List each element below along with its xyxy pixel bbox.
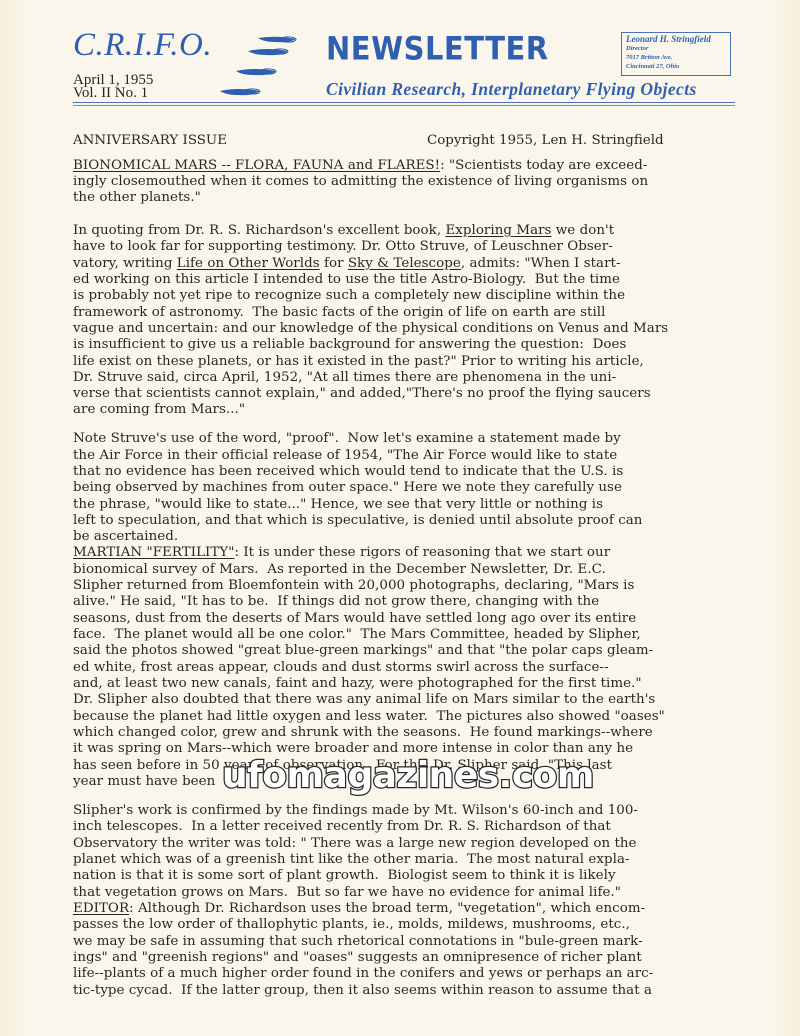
- text-line: we may be safe in assuming that such rhe…: [73, 934, 643, 949]
- text-line: ed working on this article I intended to…: [73, 272, 620, 287]
- text-line: nation is that it is some sort of plant …: [73, 868, 616, 883]
- article-title-life-on-other-worlds: Life on Other Worlds: [177, 256, 320, 271]
- text-line: ings" and "greenish regions" and "oases"…: [73, 950, 642, 965]
- site-watermark: ufomagazines.com: [222, 758, 594, 794]
- text-line: inch telescopes. In a letter received re…: [73, 819, 611, 834]
- text-line: year must have been: [73, 774, 215, 789]
- text-line: bionomical survey of Mars. As reported i…: [73, 562, 606, 577]
- newsletter-title: NEWSLETTER: [326, 30, 549, 67]
- section-heading-martian-fertility: MARTIAN "FERTILITY": [73, 545, 234, 560]
- magazine-title-sky-telescope: Sky & Telescope: [348, 256, 461, 271]
- issue-volume: Vol. II No. 1: [73, 85, 148, 102]
- text-line: seasons, dust from the deserts of Mars w…: [73, 611, 636, 626]
- newsletter-page: C.R.I.F.O. NEWSLETTER Leonard H. Stringf…: [0, 0, 800, 1036]
- director-street: 7017 Britton Ave.: [626, 53, 726, 62]
- text-line: ingly closemouthed when it comes to admi…: [73, 174, 648, 189]
- tagline: Civilian Research, Interplanetary Flying…: [326, 79, 697, 100]
- text-line: life exist on these planets, or has it e…: [73, 354, 644, 369]
- header-rule-secondary: [73, 105, 735, 106]
- text-line: In quoting from Dr. R. S. Richardson's e…: [73, 223, 614, 238]
- text-line: which changed color, grew and shrunk wit…: [73, 725, 653, 740]
- text-line: be ascertained.: [73, 529, 178, 544]
- text-line: said the photos showed "great blue-green…: [73, 643, 653, 658]
- text-line: tic-type cycad. If the latter group, the…: [73, 983, 652, 998]
- text-line: passes the low order of thallophytic pla…: [73, 917, 630, 932]
- text-line: is probably not yet ripe to recognize su…: [73, 288, 625, 303]
- text-line: Slipher returned from Bloemfontein with …: [73, 578, 634, 593]
- flying-saucers-icon: [220, 34, 300, 104]
- director-city: Cincinnati 27, Ohio: [626, 62, 726, 71]
- text-line: being observed by machines from outer sp…: [73, 480, 622, 495]
- director-name: Leonard H. Stringfield: [626, 35, 726, 44]
- text-line: it was spring on Mars--which were broade…: [73, 741, 633, 756]
- section-heading-editor: EDITOR: [73, 901, 129, 916]
- book-title-exploring-mars: Exploring Mars: [445, 223, 551, 238]
- text-line: Slipher's work is confirmed by the findi…: [73, 803, 638, 818]
- text-line: face. The planet would all be one color.…: [73, 627, 641, 642]
- text-line: Dr. Struve said, circa April, 1952, "At …: [73, 370, 616, 385]
- text-line: that vegetation grows on Mars. But so fa…: [73, 885, 621, 900]
- text-line: the Air Force in their official release …: [73, 448, 617, 463]
- text-line: that no evidence has been received which…: [73, 464, 623, 479]
- text-line: ed white, frost areas appear, clouds and…: [73, 660, 609, 675]
- director-address-box: Leonard H. Stringfield Director 7017 Bri…: [621, 32, 731, 76]
- director-role: Director: [626, 44, 726, 53]
- text-line: vatory, writing Life on Other Worlds for…: [73, 256, 621, 271]
- text-line: Dr. Slipher also doubted that there was …: [73, 692, 655, 707]
- text-line: alive." He said, "It has to be. If thing…: [73, 594, 599, 609]
- text-line: vague and uncertain: and our knowledge o…: [73, 321, 668, 336]
- text-line: MARTIAN "FERTILITY": It is under these r…: [73, 545, 610, 560]
- text-line: because the planet had little oxygen and…: [73, 709, 665, 724]
- text-line: Note Struve's use of the word, "proof". …: [73, 431, 621, 446]
- text-line: the phrase, "would like to state..." Hen…: [73, 497, 603, 512]
- text-line: Observatory the writer was told: " There…: [73, 836, 637, 851]
- header-rule: [73, 102, 735, 103]
- text-line: the other planets.": [73, 190, 201, 205]
- text-line: left to speculation, and that which is s…: [73, 513, 642, 528]
- issue-label: ANNIVERSARY ISSUE: [73, 133, 227, 148]
- text-line: EDITOR: Although Dr. Richardson uses the…: [73, 901, 645, 916]
- text-line: framework of astronomy. The basic facts …: [73, 305, 605, 320]
- text-line: have to look far for supporting testimon…: [73, 239, 613, 254]
- org-name: C.R.I.F.O.: [73, 27, 212, 64]
- text-line: verse that scientists cannot explain," a…: [73, 386, 651, 401]
- section-heading-bionomical-mars: BIONOMICAL MARS -- FLORA, FAUNA and FLAR…: [73, 158, 440, 173]
- text-line: are coming from Mars...": [73, 402, 245, 417]
- text-line: life--plants of a much higher order foun…: [73, 966, 653, 981]
- text-line: and, at least two new canals, faint and …: [73, 676, 642, 691]
- text-line: planet which was of a greenish tint like…: [73, 852, 630, 867]
- copyright-notice: Copyright 1955, Len H. Stringfield: [427, 133, 664, 148]
- text-line: BIONOMICAL MARS -- FLORA, FAUNA and FLAR…: [73, 158, 647, 173]
- text-line: is insufficient to give us a reliable ba…: [73, 337, 626, 352]
